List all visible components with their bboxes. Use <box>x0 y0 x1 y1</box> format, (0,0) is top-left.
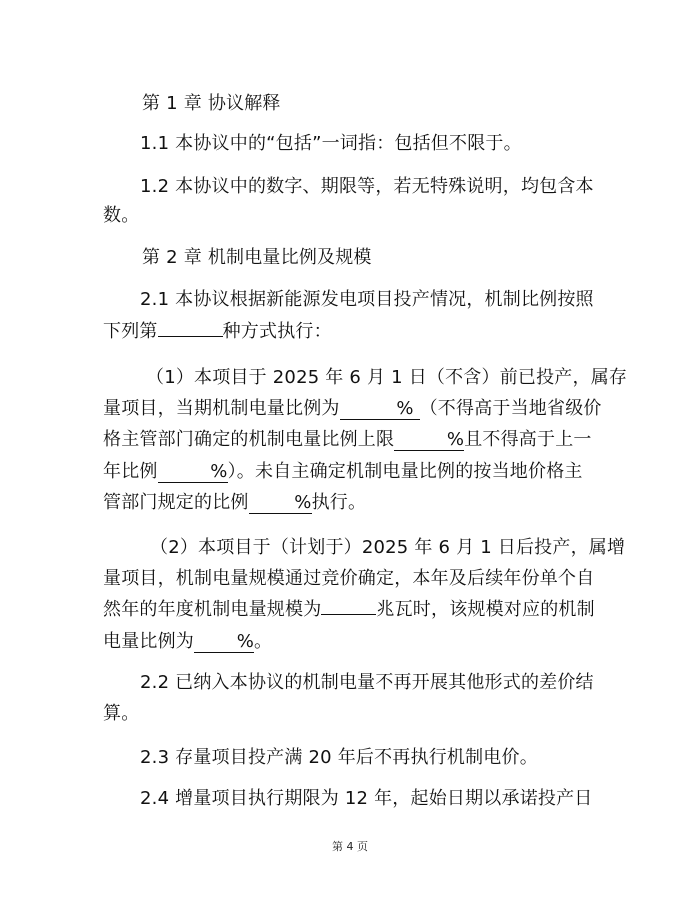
text: ）。未自主确定机制电量比例的按当地价格主 <box>228 461 583 482</box>
clause-2-3: 2.3 存量项目投产满 20 年后不再执行机制电价。 <box>140 746 538 770</box>
option-2-line3: 然年的年度机制电量规模为兆瓦时，该规模对应的机制 <box>103 598 595 622</box>
clause-2-1-line1: 2.1 本协议根据新能源发电项目投产情况，机制比例按照 <box>140 288 594 312</box>
text: 执行。 <box>312 492 367 513</box>
clause-2-2-line1: 2.2 已纳入本协议的机制电量不再开展其他形式的差价结 <box>140 671 594 695</box>
percent-sign: % <box>447 429 464 450</box>
blank-method-number[interactable] <box>158 336 223 337</box>
text: 下列第 <box>103 321 158 342</box>
blank-annual-volume[interactable] <box>321 614 376 615</box>
text: 且不得高于上一 <box>464 429 591 450</box>
page-number: 第 4 页 <box>0 838 700 854</box>
option-2-line2: 量项目，机制电量规模通过竞价确定，本年及后续年份单个自 <box>103 567 594 591</box>
clause-1-2-line2: 数。 <box>103 204 139 228</box>
clause-1-1: 1.1 本协议中的“包括”一词指：包括但不限于。 <box>140 132 522 156</box>
blank-upper-limit[interactable]: % <box>394 430 464 451</box>
option-1-line5: 管部门规定的比例%执行。 <box>103 491 366 515</box>
chapter-1-heading: 第 1 章 协议解释 <box>142 92 281 116</box>
option-1-line1: （1）本项目于 2025 年 6 月 1 日（不含）前已投产，属存 <box>146 366 627 390</box>
option-2-line1: （2）本项目于（计划于）2025 年 6 月 1 日后投产，属增 <box>150 536 625 560</box>
text: 种方式执行： <box>223 321 332 342</box>
text: 量项目，当期机制电量比例为 <box>103 398 340 419</box>
text: 管部门规定的比例 <box>103 492 249 513</box>
text: （不得高于当地省级价 <box>420 398 602 419</box>
percent-sign: % <box>396 398 413 419</box>
percent-sign: % <box>237 631 254 652</box>
chapter-2-heading: 第 2 章 机制电量比例及规模 <box>142 246 372 270</box>
percent-sign: % <box>294 492 311 513</box>
blank-default-ratio[interactable]: % <box>249 493 312 514</box>
text: 兆瓦时，该规模对应的机制 <box>376 599 594 620</box>
clause-1-2-line1: 1.2 本协议中的数字、期限等，若无特殊说明，均包含本 <box>140 175 594 199</box>
clause-2-4: 2.4 增量项目执行期限为 12 年，起始日期以承诺投产日 <box>140 787 593 811</box>
text: 。 <box>254 631 272 652</box>
option-1-line2: 量项目，当期机制电量比例为% （不得高于当地省级价 <box>103 397 602 421</box>
clause-2-1-line2: 下列第种方式执行： <box>103 320 332 344</box>
option-2-line4: 电量比例为%。 <box>103 630 272 654</box>
blank-incremental-ratio[interactable]: % <box>194 632 254 653</box>
text: 电量比例为 <box>103 631 194 652</box>
text: 格主管部门确定的机制电量比例上限 <box>103 429 394 450</box>
text: 然年的年度机制电量规模为 <box>103 599 321 620</box>
blank-current-ratio[interactable]: % <box>340 399 420 420</box>
option-1-line4: 年比例%）。未自主确定机制电量比例的按当地价格主 <box>103 460 583 484</box>
blank-last-year-ratio[interactable]: % <box>158 462 228 483</box>
option-1-line3: 格主管部门确定的机制电量比例上限%且不得高于上一 <box>103 428 592 452</box>
text: 年比例 <box>103 461 158 482</box>
percent-sign: % <box>210 461 227 482</box>
clause-2-2-line2: 算。 <box>103 702 139 726</box>
